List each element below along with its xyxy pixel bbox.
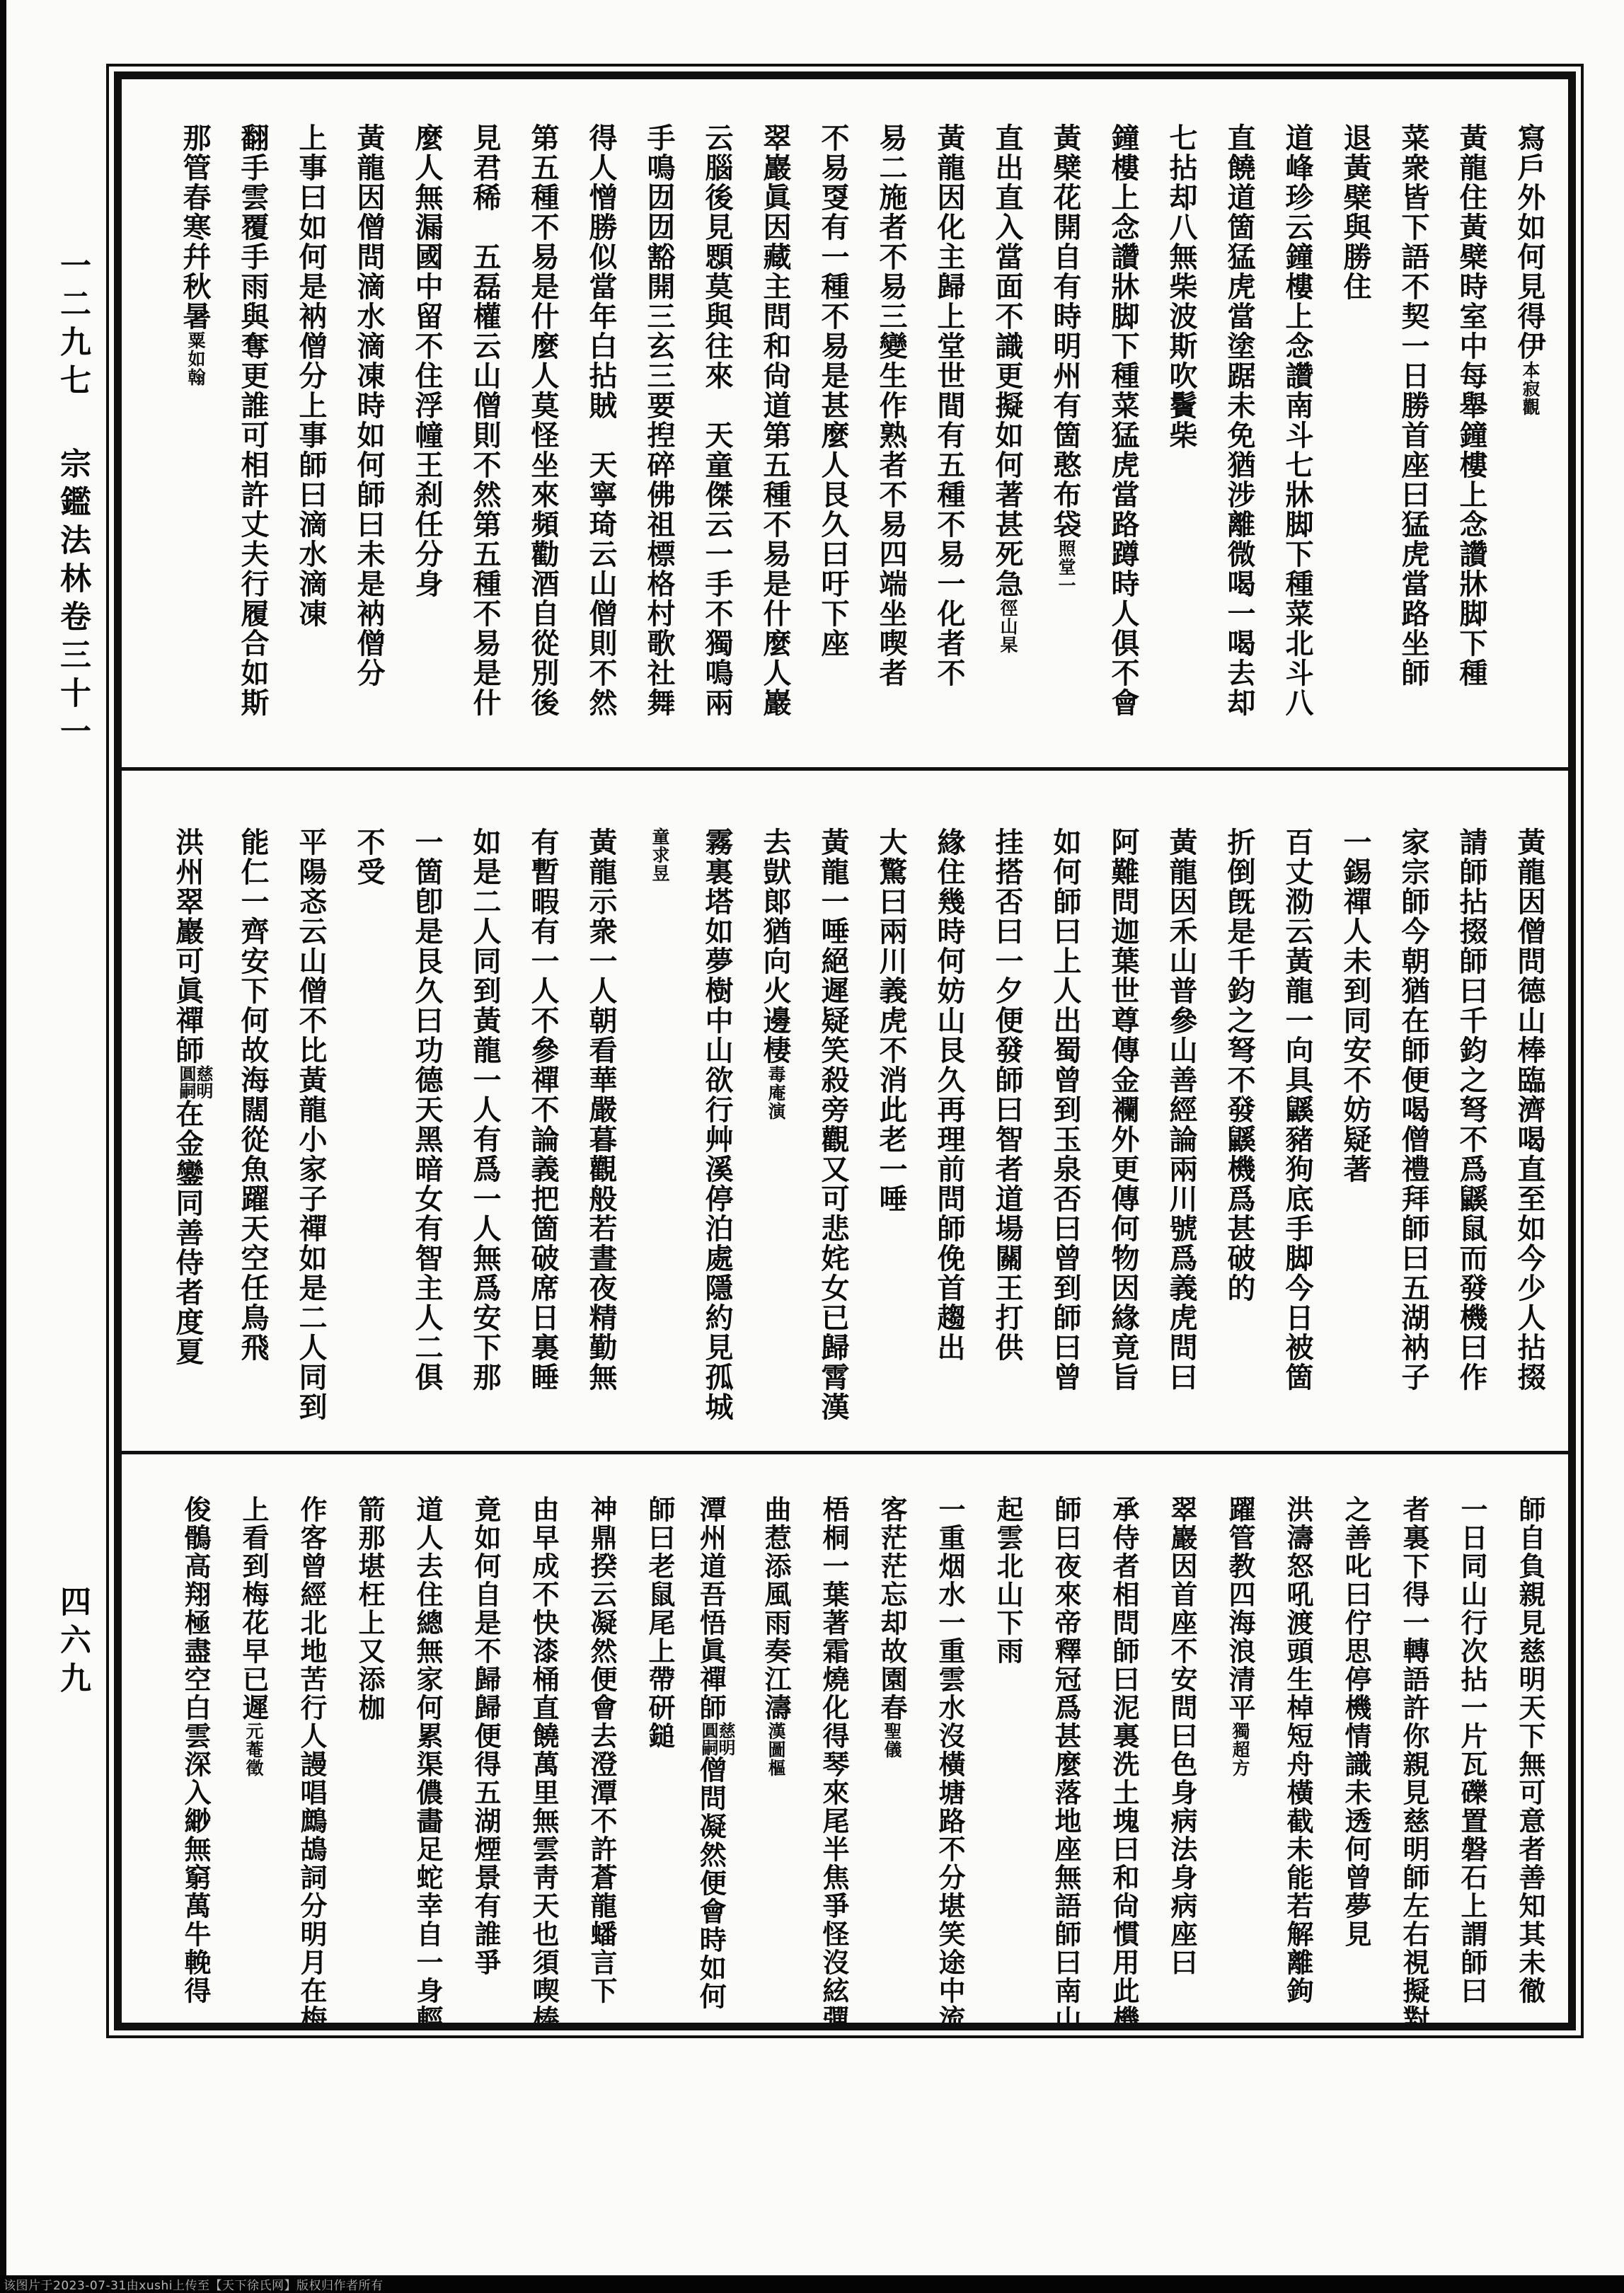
column-main-text: 一箇卽是艮久曰功德天黑暗女有智主人二俱 xyxy=(411,827,443,1392)
text-column: 黃檗花開自有時明州有箇憨布袋照堂一 xyxy=(1049,123,1081,762)
text-column: 一箇卽是艮久曰功德天黑暗女有智主人二俱 xyxy=(410,827,443,1445)
text-column: 得人憎勝似當年白拈賊 天寧琦云山僧則不然 xyxy=(584,123,617,762)
text-column: 直出直入當面不識更擬如何著甚死急徑山杲 xyxy=(991,123,1023,762)
column-main-text: 不受 xyxy=(353,827,385,887)
text-column: 承侍者相問師曰泥裏洗土塊曰和尙慣用此機 xyxy=(1107,1495,1139,2017)
column-main-text: 黃龍因禾山普參山善經論兩川號爲義虎問曰 xyxy=(1165,827,1197,1392)
column-dual-annotation: 慈明圓嗣 xyxy=(699,1722,733,1756)
watermark-text: 该图片于2023-07-31由xushi上传至【天下徐氏网】版权归作者所有 xyxy=(0,2275,383,2293)
text-block-1: 寫戶外如何見得伊本寂觀黃龍住黃檗時室中每舉鐘樓上念讚牀脚下種菜衆皆下語不契一日勝… xyxy=(122,79,1568,767)
column-main-text: 七拈却八無柴波斯吹鬢柴 xyxy=(1165,123,1197,450)
text-column: 潭州道吾悟眞禪師慈明圓嗣僧問凝然便會時如何 xyxy=(701,1495,733,2017)
text-column: 有暫暇有一人不參禪不論義把箇破席日裏睡 xyxy=(526,827,559,1445)
column-main-text: 去獃郞猶向火邊棲 xyxy=(759,827,791,1065)
column-main-text: 箭那堪枉上又添枷 xyxy=(354,1495,384,1722)
text-column: 客茫茫忘却故園春聖儀 xyxy=(875,1495,907,2017)
column-main-text: 師自負親見慈明天下無可意者善知其未徹 xyxy=(1514,1495,1544,2005)
dual-annotation-line: 慈明 xyxy=(194,1065,211,1099)
text-column: 家宗師今朝猶在師便喝僧禮拜師曰五湖衲子 xyxy=(1397,827,1429,1445)
text-column: 道峰珍云鐘樓上念讚南斗七牀脚下種菜北斗八 xyxy=(1281,123,1313,762)
column-main-text: 黃龍因僧問滴水滴凍時如何師曰未是衲僧分 xyxy=(353,123,385,688)
column-main-text: 那管春寒幷秋暑 xyxy=(179,123,211,331)
column-main-text: 道峰珍云鐘樓上念讚南斗七牀脚下種菜北斗八 xyxy=(1282,123,1313,718)
text-column: 平陽忞云山僧不比黃龍小家子禪如是二人同到 xyxy=(294,827,327,1445)
text-column: 黃龍因化主歸上堂世間有五種不易一化者不 xyxy=(933,123,965,762)
column-main-text: 鐘樓上念讚牀脚下種菜猛虎當路蹲時人俱不會 xyxy=(1107,123,1139,718)
text-column: 作客曾經北地苦行人謾唱鷓鴣詞分明月在梅花 xyxy=(294,1495,327,2017)
text-frame: 寫戶外如何見得伊本寂觀黃龍住黃檗時室中每舉鐘樓上念讚牀脚下種菜衆皆下語不契一日勝… xyxy=(106,64,1584,2038)
column-main-text: 有暫暇有一人不參禪不論義把箇破席日裏睡 xyxy=(527,827,559,1392)
text-column: 緣住幾時何妨山艮久再理前問師俛首趨出 xyxy=(933,827,965,1445)
text-column: 挂搭否曰一夕便發師曰智者道場關王打供 xyxy=(991,827,1023,1445)
column-main-text: 竟如何自是不歸歸便得五湖煙景有誰爭 xyxy=(470,1495,500,1977)
column-main-text: 躍管教四海浪清平 xyxy=(1224,1495,1254,1722)
text-column: 黃龍一唾絕遲疑笑殺旁觀又可悲姹女已歸霄漢 xyxy=(817,827,849,1445)
column-small-annotation: 毒庵演 xyxy=(766,1065,785,1120)
margin-page-number: 四六九 xyxy=(50,1585,95,1700)
column-dual-annotation: 慈明圓嗣 xyxy=(177,1065,211,1099)
text-block-1-columns: 寫戶外如何見得伊本寂觀黃龍住黃檗時室中每舉鐘樓上念讚牀脚下種菜衆皆下語不契一日勝… xyxy=(122,79,1568,767)
column-main-text: 不易㪅有一種不易是甚麼人艮久曰吁下座 xyxy=(817,123,849,658)
text-column: 黃龍住黃檗時室中每舉鐘樓上念讚牀脚下種 xyxy=(1455,123,1487,762)
column-main-text: 客茫茫忘却故園春 xyxy=(876,1495,906,1722)
text-column: 童求昱 xyxy=(643,827,675,1445)
text-column: 翠巖因首座不安問曰色身病法身病座曰 xyxy=(1165,1495,1197,2017)
text-column: 云腦後見顋莫與往來 天童傑云一手不獨鳴兩 xyxy=(701,123,733,762)
text-column: 百丈泐云黃龍一向具鼷豬狗底手脚今日被箇 xyxy=(1281,827,1313,1445)
text-column: 請師拈掇師曰千鈞之弩不爲鼷鼠而發機曰作 xyxy=(1455,827,1487,1445)
column-main-text: 上事曰如何是衲僧分上事師曰滴水滴凍 xyxy=(295,123,327,628)
text-column: 麼人無漏國中留不住浮幢王刹任分身 xyxy=(410,123,443,762)
scan-edge-strip xyxy=(0,0,6,2293)
text-column: 那管春寒幷秋暑粟如翰 xyxy=(178,123,211,762)
text-column: 神鼎揆云凝然便會去澄潭不許蒼龍蟠言下 xyxy=(584,1495,617,2017)
column-small-annotation: 徑山杲 xyxy=(998,599,1017,654)
column-main-text: 直出直入當面不識更擬如何著甚死急 xyxy=(991,123,1023,599)
text-column: 師自負親見慈明天下無可意者善知其未徹 xyxy=(1513,1495,1545,2017)
column-main-text: 挂搭否曰一夕便發師曰智者道場關王打供 xyxy=(991,827,1023,1362)
text-column: 曲惹添風雨奏江濤漢圖樞 xyxy=(759,1495,791,2017)
text-column: 梧桐一葉著霜燒化得琴來尾半焦爭怪沒絃彈別 xyxy=(817,1495,849,2017)
text-block-3: 師自負親見慈明天下無可意者善知其未徹一日同山行次拈一片瓦礫置磐石上謂師曰者裏下得… xyxy=(122,1451,1568,2023)
text-column: 手鳴㘞㘞豁開三玄三要揑碎佛祖標格村歌社舞 xyxy=(643,123,675,762)
column-main-text: 一錫禪人未到同安不妨疑著 xyxy=(1340,827,1371,1184)
text-column: 由早成不快漆桶直饒萬里無雲靑天也須喫棒 xyxy=(526,1495,559,2017)
text-column: 第五種不易是什麼人莫怪坐來頻勸酒自從別後 xyxy=(526,123,559,762)
column-small-annotation: 漢圖樞 xyxy=(766,1722,785,1777)
text-column: 洪濤怒吼渡頭生棹短舟橫截未能若解離鉤 xyxy=(1281,1495,1313,2017)
column-main-text: 翠巖因首座不安問曰色身病法身病座曰 xyxy=(1166,1495,1196,1977)
text-column: 翻手雲覆手雨與奪更誰可相許丈夫行履合如斯 xyxy=(236,123,269,762)
text-column: 如何師曰上人出蜀曾到玉泉否曰曾到師曰曾 xyxy=(1049,827,1081,1445)
text-column: 鐘樓上念讚牀脚下種菜猛虎當路蹲時人俱不會 xyxy=(1107,123,1139,762)
text-column: 黃龍因禾山普參山善經論兩川號爲義虎問曰 xyxy=(1165,827,1197,1445)
text-column: 者裏下得一轉語許你親見慈明師左右視擬對 xyxy=(1397,1495,1429,2017)
column-main-text: 霧裏塔如夢樹中山欲行艸溪停泊處隱約見孤城 xyxy=(701,827,733,1422)
column-main-text: 者裏下得一轉語許你親見慈明師左右視擬對 xyxy=(1398,1495,1428,2023)
text-column: 折倒旣是千鈞之弩不發鼷機爲甚破的 xyxy=(1223,827,1255,1445)
column-main-text: 梧桐一葉著霜燒化得琴來尾半焦爭怪沒絃彈別 xyxy=(818,1495,848,2023)
column-main-text: 作客曾經北地苦行人謾唱鷓鴣詞分明月在梅花 xyxy=(296,1495,326,2023)
column-main-text: 請師拈掇師曰千鈞之弩不爲鼷鼠而發機曰作 xyxy=(1456,827,1487,1392)
column-main-text: 手鳴㘞㘞豁開三玄三要揑碎佛祖標格村歌社舞 xyxy=(643,123,675,718)
column-small-annotation: 粟如翰 xyxy=(185,331,205,386)
text-column: 翠巖眞因藏主問和尙道第五種不易是什麼人巖 xyxy=(759,123,791,762)
column-main-text: 阿難問迦葉世尊傳金襴外更傳何物因緣竟旨 xyxy=(1107,827,1139,1392)
text-column: 寫戶外如何見得伊本寂觀 xyxy=(1513,123,1545,762)
column-main-text: 一重烟水一重雲水沒橫塘路不分堪笑途中流浪 xyxy=(934,1495,964,2023)
column-main-text: 翠巖眞因藏主問和尙道第五種不易是什麼人巖 xyxy=(759,123,791,718)
column-main-text: 折倒旣是千鈞之弩不發鼷機爲甚破的 xyxy=(1223,827,1255,1303)
column-main-text: 云腦後見顋莫與往來 天童傑云一手不獨鳴兩 xyxy=(701,123,733,718)
text-block-3-columns: 師自負親見慈明天下無可意者善知其未徹一日同山行次拈一片瓦礫置磐石上謂師曰者裏下得… xyxy=(122,1454,1568,2023)
column-main-text: 一日同山行次拈一片瓦礫置磐石上謂師曰 xyxy=(1456,1495,1486,2005)
dual-annotation-line: 圓嗣 xyxy=(177,1065,194,1099)
text-frame-inner: 寫戶外如何見得伊本寂觀黃龍住黃檗時室中每舉鐘樓上念讚牀脚下種菜衆皆下語不契一日勝… xyxy=(114,71,1576,2030)
watermark-bar: 该图片于2023-07-31由xushi上传至【天下徐氏网】版权归作者所有 xyxy=(0,2275,1624,2293)
column-small-annotation: 本寂觀 xyxy=(1520,361,1539,416)
text-column: 躍管教四海浪清平獨超方 xyxy=(1223,1495,1255,2017)
column-main-text: 能仁一齊安下何故海闊從魚躍天空任鳥飛 xyxy=(237,827,269,1362)
column-main-text: 洪州翠巖可眞禪師 xyxy=(172,827,204,1065)
column-small-annotation: 元菴徵 xyxy=(243,1722,263,1777)
text-column: 道人去住總無家何累渠儂畵足蛇幸自一身輕似 xyxy=(410,1495,443,2017)
text-column: 七拈却八無柴波斯吹鬢柴 xyxy=(1165,123,1197,762)
column-main-text: 直饒道箇猛虎當塗踞未免猶涉離微喝一喝去却 xyxy=(1223,123,1255,718)
text-column: 霧裏塔如夢樹中山欲行艸溪停泊處隱約見孤城 xyxy=(701,827,733,1445)
text-block-2-columns: 黃龍因僧問德山棒臨濟喝直至如今少人拈掇請師拈掇師曰千鈞之弩不爲鼷鼠而發機曰作家宗… xyxy=(122,771,1568,1451)
text-column: 師曰夜來帝釋冠爲甚麼落地座無語師曰南山 xyxy=(1049,1495,1081,2017)
column-main-text: 麼人無漏國中留不住浮幢王刹任分身 xyxy=(411,123,443,599)
text-column: 洪州翠巖可眞禪師慈明圓嗣在金鑾同善侍者度夏 xyxy=(178,827,211,1445)
text-column: 阿難問迦葉世尊傳金襴外更傳何物因緣竟旨 xyxy=(1107,827,1139,1445)
column-main-text: 之善叱曰佇思停機情識未透何曾夢見 xyxy=(1340,1495,1370,1948)
column-main-text: 百丈泐云黃龍一向具鼷豬狗底手脚今日被箇 xyxy=(1282,827,1313,1392)
text-column: 上事曰如何是衲僧分上事師曰滴水滴凍 xyxy=(294,123,327,762)
column-main-text: 由早成不快漆桶直饒萬里無雲靑天也須喫棒 xyxy=(528,1495,558,2023)
column-main-text: 黃龍因僧問德山棒臨濟喝直至如今少人拈掇 xyxy=(1514,827,1545,1392)
text-column: 菜衆皆下語不契一日勝首座曰猛虎當路坐師 xyxy=(1397,123,1429,762)
column-main-text: 僧問凝然便會時如何 xyxy=(695,1756,725,2011)
text-column: 不受 xyxy=(352,827,385,1445)
column-main-text: 師曰老鼠尾上帶研鎚 xyxy=(644,1495,674,1750)
text-column: 之善叱曰佇思停機情識未透何曾夢見 xyxy=(1339,1495,1371,2017)
column-small-annotation: 聖儀 xyxy=(882,1722,901,1759)
margin-folio-number: 一二九七 xyxy=(50,249,95,402)
text-column: 起雲北山下雨 xyxy=(991,1495,1023,2017)
dual-annotation-line: 慈明 xyxy=(716,1722,733,1756)
column-main-text: 如何師曰上人出蜀曾到玉泉否曰曾到師曰曾 xyxy=(1049,827,1081,1392)
margin-book-title: 宗鑑法林卷三十一 xyxy=(50,447,95,753)
text-column: 不易㪅有一種不易是甚麼人艮久曰吁下座 xyxy=(817,123,849,762)
column-small-annotation: 獨超方 xyxy=(1230,1722,1249,1777)
text-column: 去獃郞猶向火邊棲毒庵演 xyxy=(759,827,791,1445)
column-main-text: 在金鑾同善侍者度夏 xyxy=(172,1099,204,1367)
column-main-text: 道人去住總無家何累渠儂畵足蛇幸自一身輕似 xyxy=(412,1495,442,2023)
column-main-text: 黃龍示衆一人朝看華嚴暮觀般若晝夜精勤無 xyxy=(585,827,617,1392)
column-main-text: 曲惹添風雨奏江濤 xyxy=(760,1495,790,1722)
text-column: 黃龍因僧問德山棒臨濟喝直至如今少人拈掇 xyxy=(1513,827,1545,1445)
column-main-text: 菜衆皆下語不契一日勝首座曰猛虎當路坐師 xyxy=(1398,123,1429,688)
text-column: 如是二人同到黃龍一人有爲一人無爲安下那 xyxy=(468,827,501,1445)
column-main-text: 緣住幾時何妨山艮久再理前問師俛首趨出 xyxy=(933,827,965,1362)
column-main-text: 上看到梅花早已遲 xyxy=(238,1495,267,1722)
text-column: 上看到梅花早已遲元菴徵 xyxy=(236,1495,269,2017)
text-column: 能仁一齊安下何故海闊從魚躍天空任鳥飛 xyxy=(236,827,269,1445)
text-column: 俊鶻高翔極盡空白雲深入緲無窮萬牛輓得 xyxy=(178,1495,211,2017)
column-main-text: 黃檗花開自有時明州有箇憨布袋 xyxy=(1049,123,1081,539)
column-main-text: 承侍者相問師曰泥裏洗土塊曰和尙慣用此機 xyxy=(1108,1495,1138,2023)
text-column: 一重烟水一重雲水沒橫塘路不分堪笑途中流浪 xyxy=(933,1495,965,2017)
dual-annotation-line: 圓嗣 xyxy=(699,1722,716,1756)
column-main-text: 潭州道吾悟眞禪師 xyxy=(695,1495,725,1722)
column-main-text: 易二施者不易三變生作熟者不易四端坐喫者 xyxy=(875,123,907,688)
text-column: 師曰老鼠尾上帶研鎚 xyxy=(643,1495,675,2017)
text-column: 一錫禪人未到同安不妨疑著 xyxy=(1339,827,1371,1445)
text-column: 大驚曰兩川義虎不消此老一唾 xyxy=(875,827,907,1445)
column-main-text: 退黃檗與勝住 xyxy=(1340,123,1371,301)
column-main-text: 見君稀 五磊權云山僧則不然第五種不易是什 xyxy=(469,123,501,718)
column-main-text: 黃龍因化主歸上堂世間有五種不易一化者不 xyxy=(933,123,965,688)
column-small-annotation: 童求昱 xyxy=(650,827,669,883)
text-column: 黃龍因僧問滴水滴凍時如何師曰未是衲僧分 xyxy=(352,123,385,762)
column-main-text: 黃龍住黃檗時室中每舉鐘樓上念讚牀脚下種 xyxy=(1456,123,1487,688)
column-main-text: 起雲北山下雨 xyxy=(992,1495,1022,1665)
text-column: 竟如何自是不歸歸便得五湖煙景有誰爭 xyxy=(468,1495,501,2017)
scanned-page: 一二九七 宗鑑法林卷三十一 四六九 寫戶外如何見得伊本寂觀黃龍住黃檗時室中每舉鐘… xyxy=(0,0,1624,2293)
text-column: 直饒道箇猛虎當塗踞未免猶涉離微喝一喝去却 xyxy=(1223,123,1255,762)
column-main-text: 黃龍一唾絕遲疑笑殺旁觀又可悲姹女已歸霄漢 xyxy=(817,827,849,1422)
column-main-text: 翻手雲覆手雨與奪更誰可相許丈夫行履合如斯 xyxy=(237,123,269,718)
column-main-text: 得人憎勝似當年白拈賊 天寧琦云山僧則不然 xyxy=(585,123,617,718)
text-column: 退黃檗與勝住 xyxy=(1339,123,1371,762)
column-main-text: 師曰夜來帝釋冠爲甚麼落地座無語師曰南山 xyxy=(1050,1495,1080,2023)
column-main-text: 家宗師今朝猶在師便喝僧禮拜師曰五湖衲子 xyxy=(1398,827,1429,1392)
column-main-text: 寫戶外如何見得伊 xyxy=(1514,123,1545,361)
text-column: 見君稀 五磊權云山僧則不然第五種不易是什 xyxy=(468,123,501,762)
text-column: 黃龍示衆一人朝看華嚴暮觀般若晝夜精勤無 xyxy=(584,827,617,1445)
column-main-text: 俊鶻高翔極盡空白雲深入緲無窮萬牛輓得 xyxy=(180,1495,209,2005)
text-column: 箭那堪枉上又添枷 xyxy=(352,1495,385,2017)
column-main-text: 如是二人同到黃龍一人有爲一人無爲安下那 xyxy=(469,827,501,1392)
column-main-text: 大驚曰兩川義虎不消此老一唾 xyxy=(875,827,907,1214)
column-main-text: 洪濤怒吼渡頭生棹短舟橫截未能若解離鉤 xyxy=(1282,1495,1312,2005)
column-small-annotation: 照堂一 xyxy=(1056,539,1075,594)
text-column: 易二施者不易三變生作熟者不易四端坐喫者 xyxy=(875,123,907,762)
column-main-text: 第五種不易是什麼人莫怪坐來頻勸酒自從別後 xyxy=(527,123,559,718)
text-block-2: 黃龍因僧問德山棒臨濟喝直至如今少人拈掇請師拈掇師曰千鈞之弩不爲鼷鼠而發機曰作家宗… xyxy=(122,767,1568,1451)
column-main-text: 平陽忞云山僧不比黃龍小家子禪如是二人同到 xyxy=(295,827,327,1422)
column-main-text: 神鼎揆云凝然便會去澄潭不許蒼龍蟠言下 xyxy=(586,1495,616,2005)
text-column: 一日同山行次拈一片瓦礫置磐石上謂師曰 xyxy=(1455,1495,1487,2017)
